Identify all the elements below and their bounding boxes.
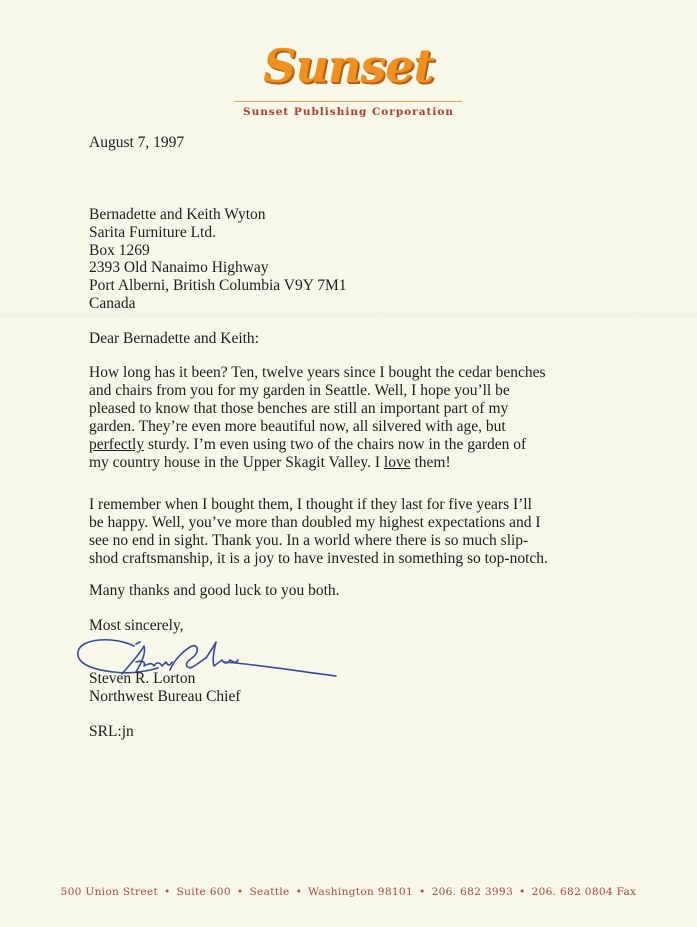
body-line: How long has it been? Ten, twelve years …: [89, 364, 546, 382]
body-line: garden. They’re even more beautiful now,…: [89, 418, 506, 436]
body-text: them!: [411, 454, 451, 471]
recipient-line: Canada: [89, 295, 135, 313]
letter-page: Sunset Sunset Publishing Corporation Aug…: [0, 0, 697, 927]
body-line: be happy. Well, you’ve more than doubled…: [89, 514, 541, 532]
signer-title: Northwest Bureau Chief: [89, 688, 241, 706]
body-text: my country house in the Upper Skagit Val…: [89, 454, 384, 471]
recipient-line: Sarita Furniture Ltd.: [89, 224, 216, 242]
logo-divider: [234, 101, 462, 102]
footer-city: Seattle: [249, 886, 289, 898]
body-line: shod craftsmanship, it is a joy to have …: [89, 550, 548, 568]
signer-name: Steven R. Lorton: [89, 670, 195, 688]
bullet-separator: •: [519, 886, 526, 898]
body-paragraph-3: Many thanks and good luck to you both.: [89, 582, 340, 600]
bullet-separator: •: [296, 886, 303, 898]
letter-date: August 7, 1997: [89, 134, 184, 152]
recipient-line: Box 1269: [89, 242, 150, 260]
bullet-separator: •: [237, 886, 244, 898]
sunset-logo: Sunset: [0, 40, 697, 92]
underlined-word: perfectly: [89, 436, 144, 453]
footer-street: 500 Union Street: [61, 886, 158, 898]
body-line: and chairs from you for my garden in Sea…: [89, 382, 510, 400]
body-line: I remember when I bought them, I thought…: [89, 496, 532, 514]
body-line: pleased to know that those benches are s…: [89, 400, 508, 418]
recipient-line: Port Alberni, British Columbia V9Y 7M1: [89, 277, 346, 295]
footer-fax: 206. 682 0804 Fax: [532, 886, 637, 898]
body-line: perfectly sturdy. I’m even using two of …: [89, 436, 526, 454]
letterhead-footer: 500 Union Street•Suite 600•Seattle•Washi…: [0, 886, 697, 898]
reference-initials: SRL:jn: [89, 723, 134, 741]
body-line: my country house in the Upper Skagit Val…: [89, 454, 451, 472]
recipient-line: 2393 Old Nanaimo Highway: [89, 259, 269, 277]
footer-suite: Suite 600: [177, 886, 231, 898]
salutation: Dear Bernadette and Keith:: [89, 330, 259, 348]
body-line: see no end in sight. Thank you. In a wor…: [89, 532, 528, 550]
footer-state-zip: Washington 98101: [308, 886, 413, 898]
company-name: Sunset Publishing Corporation: [0, 106, 697, 118]
body-text: sturdy. I’m even using two of the chairs…: [144, 436, 526, 453]
recipient-line: Bernadette and Keith Wyton: [89, 206, 266, 224]
underlined-word: love: [384, 454, 411, 471]
bullet-separator: •: [419, 886, 426, 898]
footer-phone: 206. 682 3993: [432, 886, 513, 898]
bullet-separator: •: [164, 886, 171, 898]
